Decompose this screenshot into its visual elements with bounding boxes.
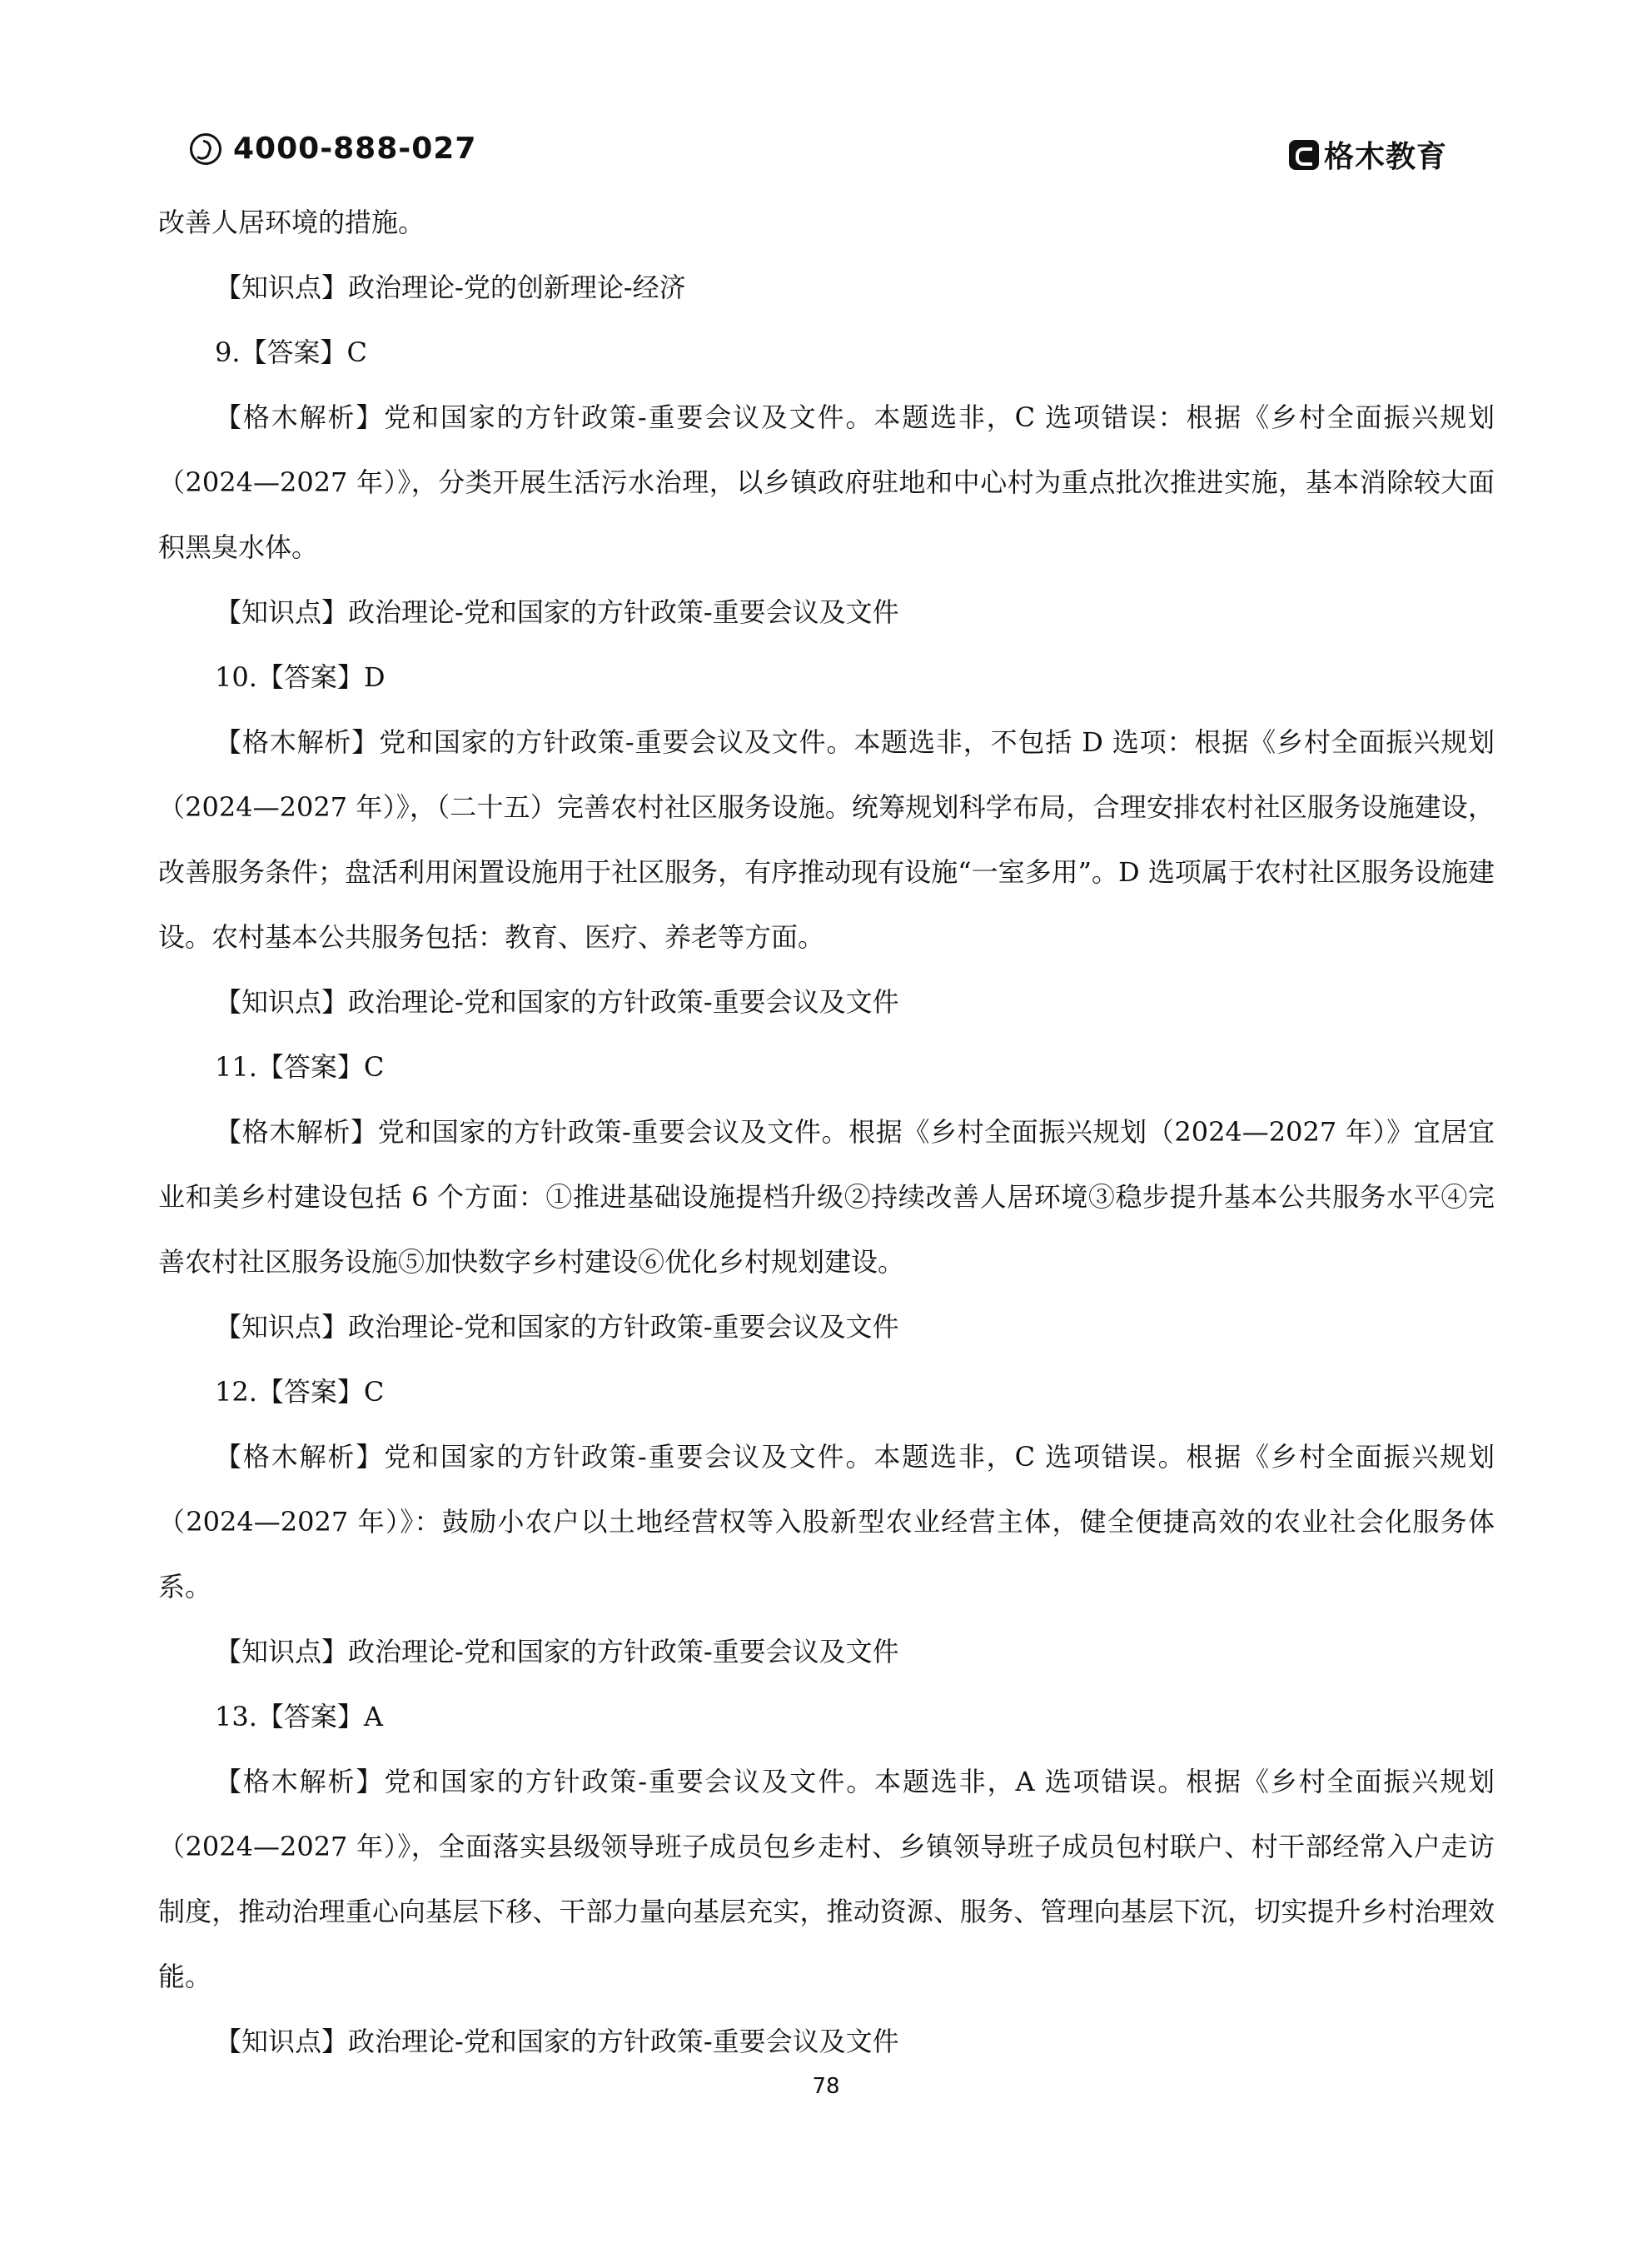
document-body: 改善人居环境的措施。 【知识点】政治理论-党的创新理论-经济 9.【答案】C 【…	[158, 190, 1495, 2074]
brand-logo-block: 格木教育	[1289, 133, 1447, 176]
knowledge-point: 【知识点】政治理论-党和国家的方针政策-重要会议及文件	[158, 969, 1495, 1034]
answer-11: 11.【答案】C	[158, 1034, 1495, 1099]
knowledge-point: 【知识点】政治理论-党和国家的方针政策-重要会议及文件	[158, 580, 1495, 645]
phone-contact: 4000-888-027	[190, 132, 476, 166]
brand-logo-icon	[1289, 140, 1319, 170]
knowledge-point: 【知识点】政治理论-党的创新理论-经济	[158, 255, 1495, 320]
knowledge-point: 【知识点】政治理论-党和国家的方针政策-重要会议及文件	[158, 1619, 1495, 1684]
answer-10: 10.【答案】D	[158, 645, 1495, 710]
answer-13: 13.【答案】A	[158, 1684, 1495, 1749]
page-header: 4000-888-027 格木教育	[0, 125, 1652, 183]
page-number: 78	[0, 2074, 1652, 2099]
analysis-10: 【格木解析】党和国家的方针政策-重要会议及文件。本题选非，不包括 D 选项：根据…	[158, 710, 1495, 969]
brand-name: 格木教育	[1324, 133, 1447, 176]
analysis-13: 【格木解析】党和国家的方针政策-重要会议及文件。本题选非，A 选项错误。根据《乡…	[158, 1749, 1495, 2009]
answer-12: 12.【答案】C	[158, 1359, 1495, 1424]
knowledge-point: 【知识点】政治理论-党和国家的方针政策-重要会议及文件	[158, 2009, 1495, 2074]
analysis-9: 【格木解析】党和国家的方针政策-重要会议及文件。本题选非，C 选项错误：根据《乡…	[158, 385, 1495, 580]
analysis-12: 【格木解析】党和国家的方针政策-重要会议及文件。本题选非，C 选项错误。根据《乡…	[158, 1424, 1495, 1619]
knowledge-point: 【知识点】政治理论-党和国家的方针政策-重要会议及文件	[158, 1294, 1495, 1359]
answer-9: 9.【答案】C	[158, 320, 1495, 385]
analysis-11: 【格木解析】党和国家的方针政策-重要会议及文件。根据《乡村全面振兴规划（2024…	[158, 1099, 1495, 1294]
phone-number: 4000-888-027	[233, 132, 476, 166]
paragraph: 改善人居环境的措施。	[158, 190, 1495, 255]
phone-icon	[190, 133, 221, 165]
